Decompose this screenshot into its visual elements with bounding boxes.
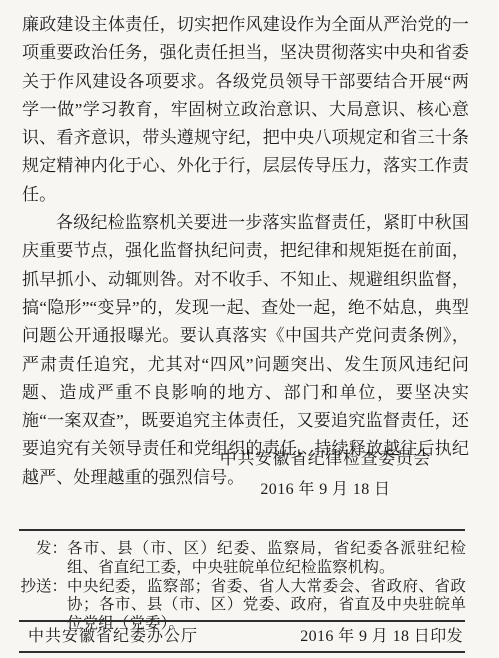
document-footer: 中共安徽省纪委办公厅 2016 年 9 月 18 日印发 xyxy=(28,626,463,647)
footer-print-date: 2016 年 9 月 18 日印发 xyxy=(300,626,463,647)
signature-date: 2016 年 9 月 18 日 xyxy=(220,474,431,505)
body-paragraph-1: 廉政建设主体责任，切实把作风建设作为全面从严治党的一项重要政治任务，强化责任担当… xyxy=(22,11,469,209)
distribution-label-fa: 发： xyxy=(19,540,67,578)
signature-organization: 中共安徽省纪律检查委员会 xyxy=(220,444,431,474)
distribution-row-fa: 发： 各市、县（市、区）纪委、监察局，省纪委各派驻纪检组、省直纪工委，中央驻皖单… xyxy=(19,540,466,578)
document-page: 廉政建设主体责任，切实把作风建设作为全面从严治党的一项重要政治任务，强化责任担当… xyxy=(0,0,499,658)
separator-rule-top xyxy=(19,529,465,531)
footer-issuer: 中共安徽省纪委办公厅 xyxy=(28,626,198,647)
separator-rule-bottom xyxy=(19,651,465,653)
signature-block: 中共安徽省纪律检查委员会 2016 年 9 月 18 日 xyxy=(22,444,431,505)
separator-rule-middle xyxy=(19,620,465,622)
document-body: 廉政建设主体责任，切实把作风建设作为全面从严治党的一项重要政治任务，强化责任担当… xyxy=(22,11,469,492)
distribution-text-fa: 各市、县（市、区）纪委、监察局，省纪委各派驻纪检组、省直纪工委，中央驻皖单位纪检… xyxy=(67,540,466,578)
